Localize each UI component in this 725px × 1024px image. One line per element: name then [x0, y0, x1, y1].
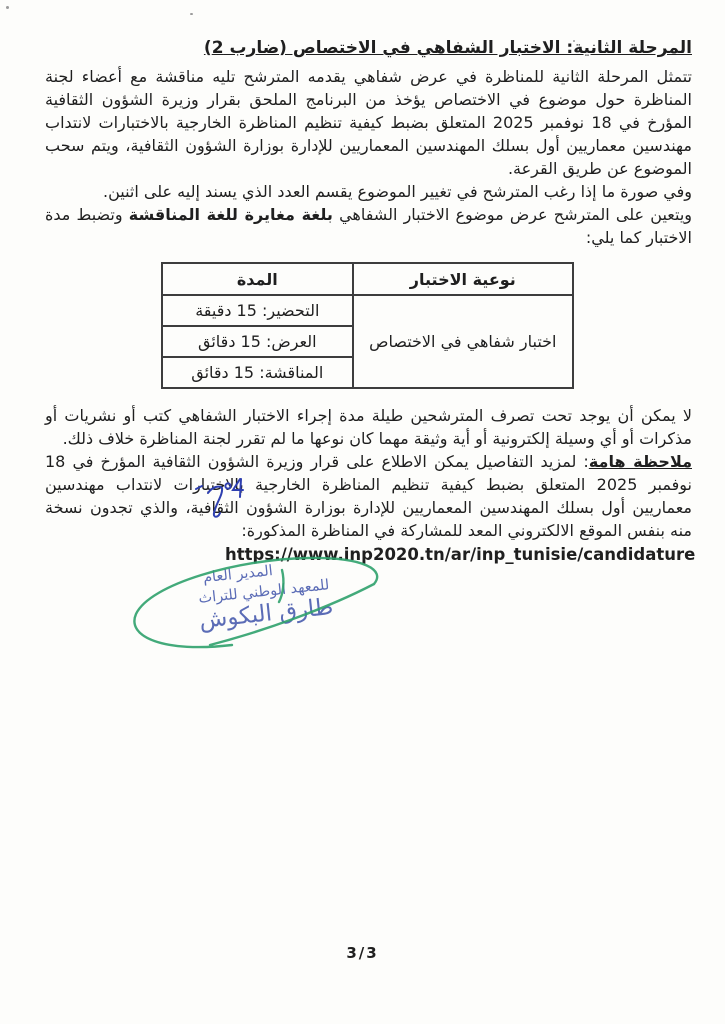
duration-header-cell: المدة [162, 263, 353, 295]
document-body: المرحلة الثانية: الاختبار الشفاهي في الا… [45, 36, 692, 566]
paragraph-restriction: لا يمكن أن يوجد تحت تصرف المترشحين طيلة … [45, 404, 692, 450]
paragraph-draw-rule: وفي صورة ما إذا رغب المترشح في تغيير الم… [45, 180, 692, 203]
exam-duration-table: نوعية الاختبار المدة اختبار شفاهي في الا… [161, 262, 574, 389]
director-stamp-block: المدير العام للمعهد الوطني للتراث طارق ا… [122, 546, 437, 676]
duration-preparation-cell: التحضير: 15 دقيقة [162, 295, 353, 326]
scan-speck [573, 40, 575, 42]
signature-swoosh-icon [122, 546, 437, 676]
presentation-text-pre: ويتعين على المترشح عرض موضوع الاختبار ال… [333, 205, 692, 224]
paragraph-note: ملاحظة هامة: لمزيد التفاصيل يمكن الاطلاع… [45, 450, 692, 542]
duration-presentation-cell: العرض: 15 دقائق [162, 326, 353, 357]
note-label: ملاحظة هامة [589, 452, 692, 471]
scanned-document-page: المرحلة الثانية: الاختبار الشفاهي في الا… [0, 0, 725, 1024]
section-heading: المرحلة الثانية: الاختبار الشفاهي في الا… [45, 36, 692, 60]
paragraph-presentation: ويتعين على المترشح عرض موضوع الاختبار ال… [45, 203, 692, 249]
handwritten-paraph-mark [192, 473, 248, 525]
table-row: اختبار شفاهي في الاختصاص التحضير: 15 دقي… [162, 295, 573, 326]
scan-speck [190, 13, 193, 15]
exam-type-header-cell: نوعية الاختبار [353, 263, 573, 295]
presentation-text-bold: بلغة مغايرة للغة المناقشة [129, 205, 333, 224]
page-number: 3/3 [0, 944, 725, 962]
exam-type-cell: اختبار شفاهي في الاختصاص [353, 295, 573, 388]
paragraph-intro: تتمثل المرحلة الثانية للمناظرة في عرض شف… [45, 65, 692, 180]
duration-discussion-cell: المناقشة: 15 دقائق [162, 357, 353, 388]
table-header-row: نوعية الاختبار المدة [162, 263, 573, 295]
scan-speck [6, 6, 9, 9]
